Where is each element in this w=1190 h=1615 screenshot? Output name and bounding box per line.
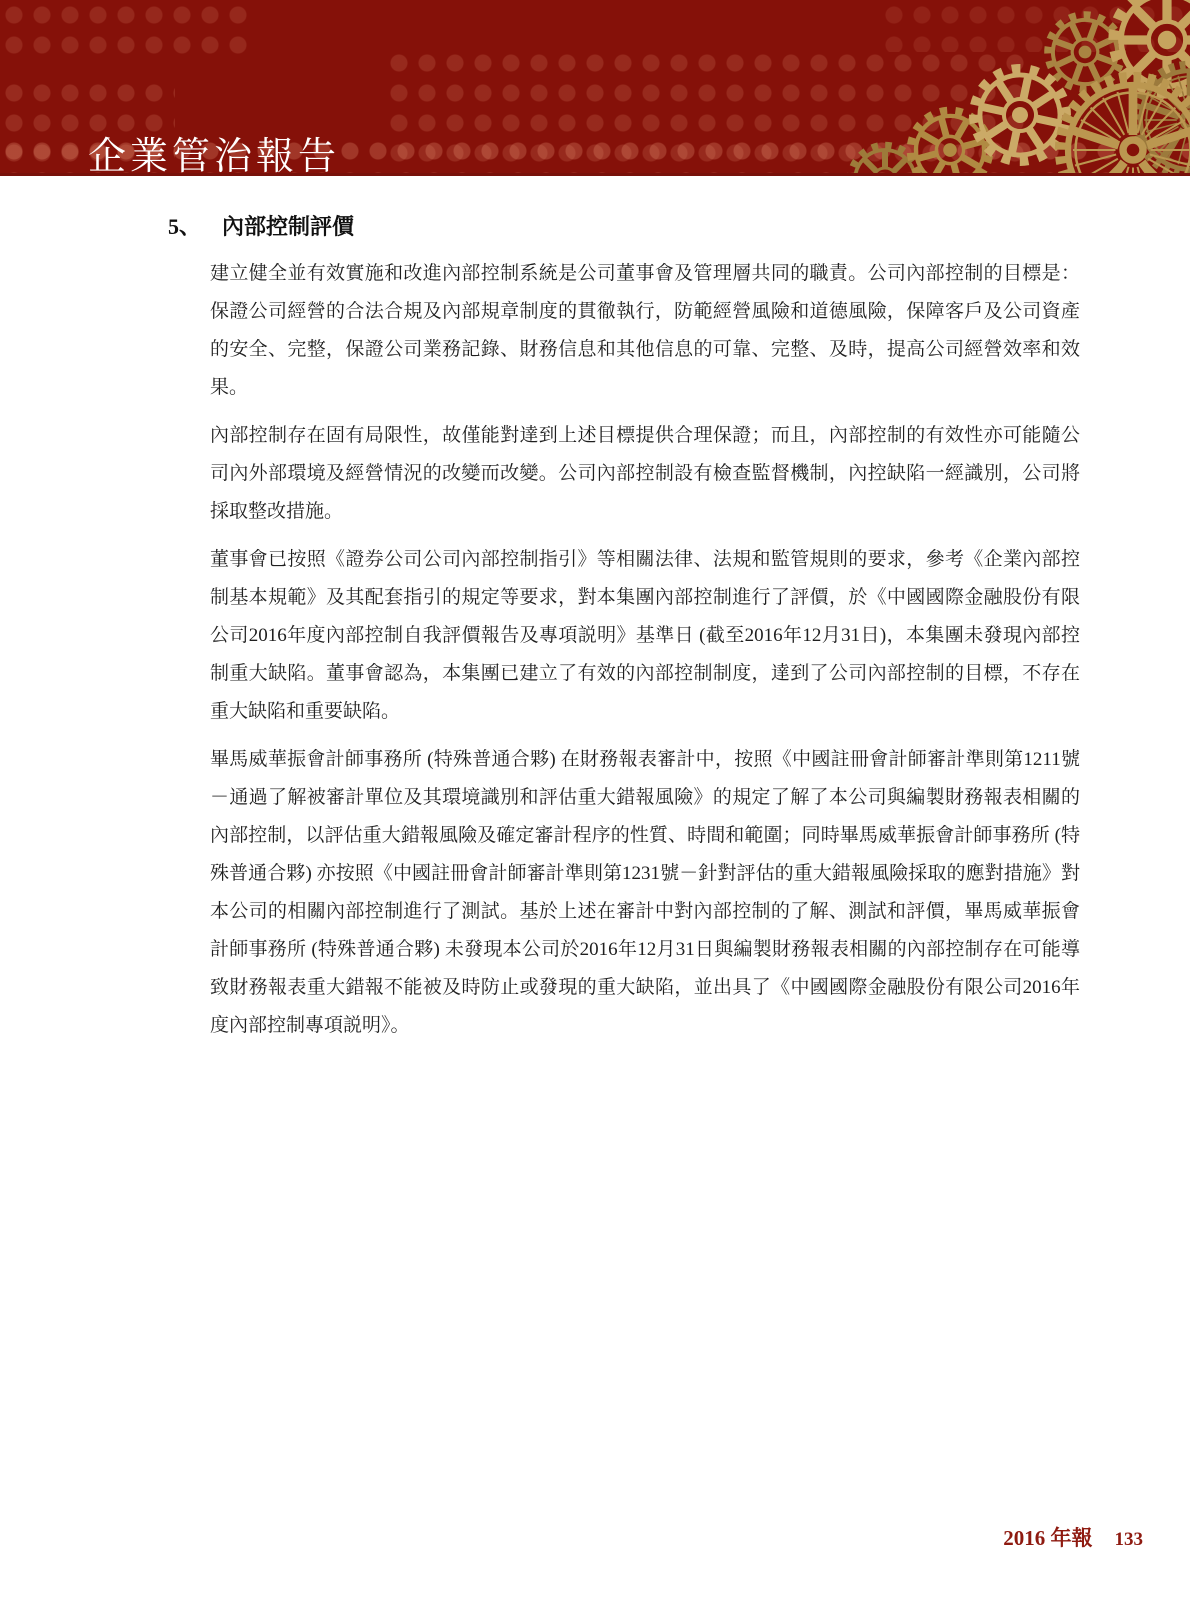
section-number: 5、: [168, 213, 222, 241]
dots-pattern: [0, 0, 250, 56]
footer-year-label: 2016 年報: [1003, 1526, 1092, 1550]
paragraph: 內部控制存在固有局限性，故僅能對達到上述目標提供合理保證；而且，內部控制的有效性…: [210, 417, 1080, 531]
section-title: 內部控制評價: [222, 213, 354, 241]
footer-page-number: 133: [1115, 1529, 1144, 1550]
gears-illustration-icon: [845, 0, 1190, 176]
page-title: 企業管治報告: [88, 137, 340, 176]
paragraph: 畢馬威華振會計師事務所 (特殊普通合夥) 在財務報表審計中，按照《中國註冊會計師…: [210, 741, 1080, 1045]
paragraph: 董事會已按照《證券公司公司內部控制指引》等相關法律、法規和監管規則的要求，參考《…: [210, 541, 1080, 731]
paragraph: 建立健全並有效實施和改進內部控制系統是公司董事會及管理層共同的職責。公司內部控制…: [210, 255, 1080, 407]
section-body: 建立健全並有效實施和改進內部控制系統是公司董事會及管理層共同的職責。公司內部控制…: [210, 255, 1080, 1045]
page-footer: 2016 年報133: [1003, 1522, 1143, 1552]
section-heading: 5、 內部控制評價: [168, 213, 1080, 241]
header-banner: 企業管治報告: [0, 0, 1190, 176]
report-page: { "header": { "title": "企業管治報告" }, "sect…: [0, 0, 1190, 1615]
main-content: 5、 內部控制評價 建立健全並有效實施和改進內部控制系統是公司董事會及管理層共同…: [168, 213, 1080, 1045]
